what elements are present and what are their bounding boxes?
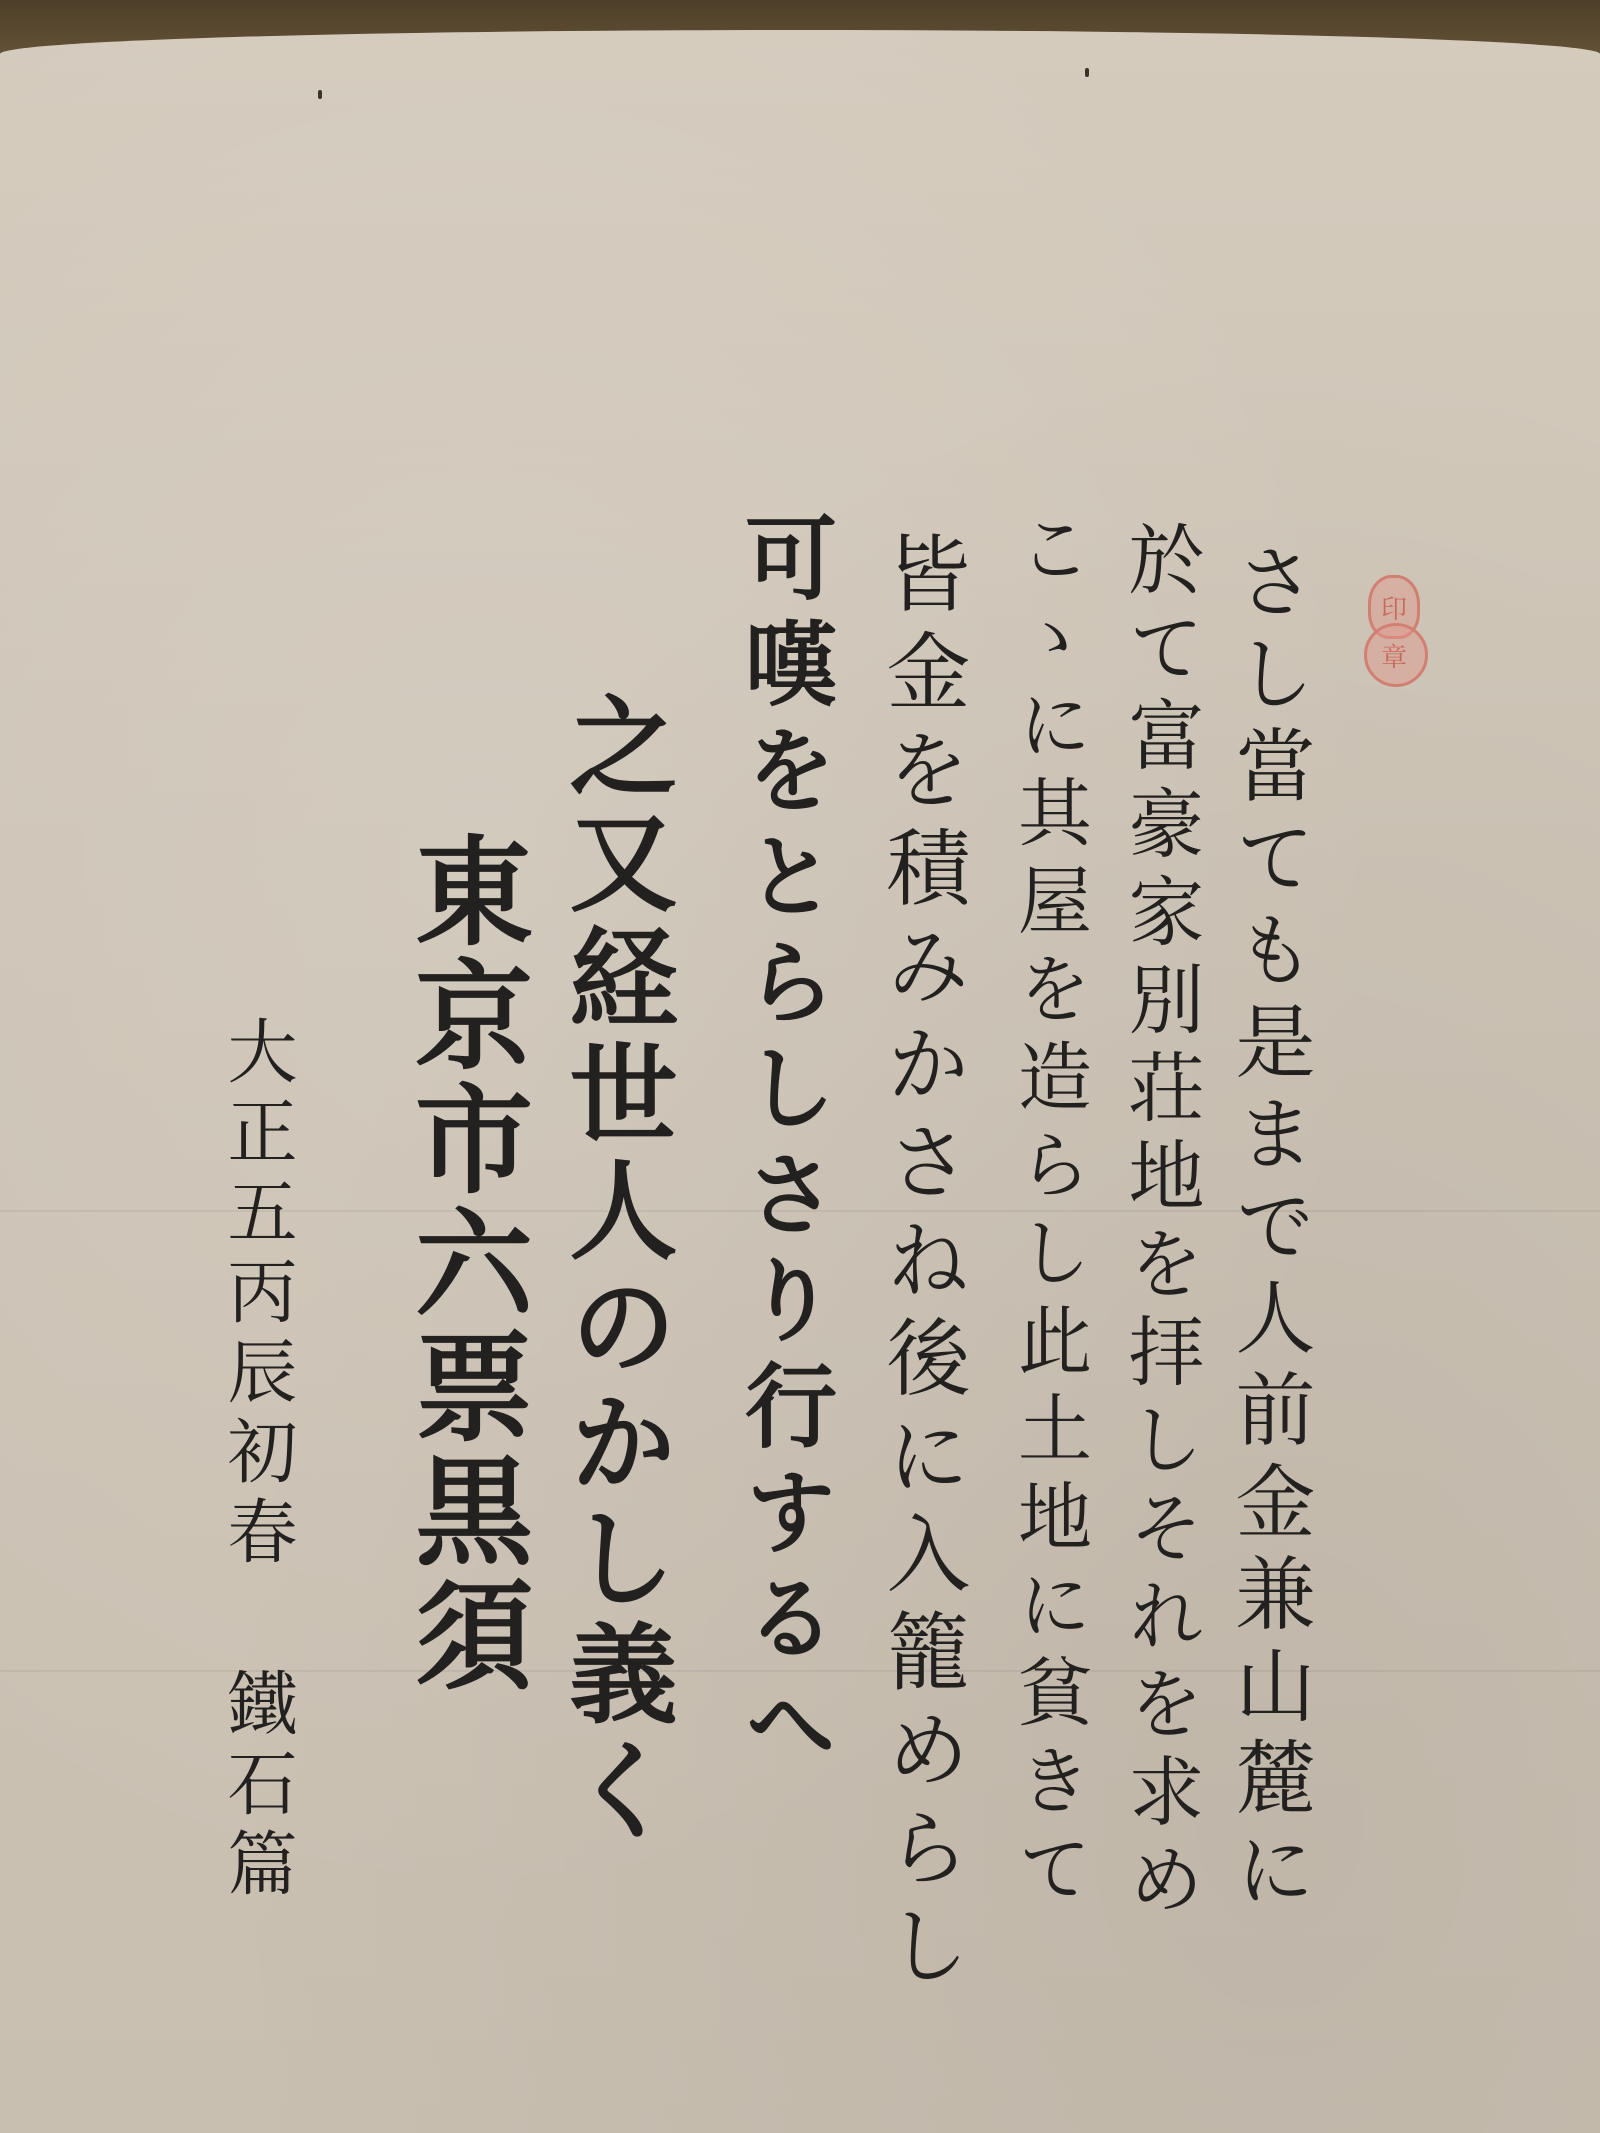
calligraphy-column-5: 可嘆をとらしさり行するへ	[738, 510, 830, 1782]
seal-glyph: 章	[1362, 637, 1426, 674]
signature-date-column: 大正五丙辰初春 鐵石篇	[222, 1015, 292, 1907]
calligraphy-column-4: 皆金を積みかさね後に入籠めらし	[880, 530, 964, 2000]
calligraphy-column-1: さし當ても是まで人前金兼山麓に	[1228, 540, 1308, 1920]
red-seal-stamp: 印 章	[1362, 575, 1426, 685]
seal-glyph: 印	[1362, 589, 1426, 626]
calligraphy-column-2: 於て富豪家別荘地を拝しそれを求め	[1122, 520, 1198, 1928]
paper-speck	[1085, 68, 1089, 77]
calligraphy-column-6: 之又経世人のかし義く	[560, 690, 668, 1850]
paper-speck	[318, 90, 322, 99]
calligraphy-column-3: こゝに其屋を造らし此土地に貧きて	[1012, 510, 1086, 1918]
calligraphy-column-7: 東京市六票黒須	[405, 830, 523, 1698]
